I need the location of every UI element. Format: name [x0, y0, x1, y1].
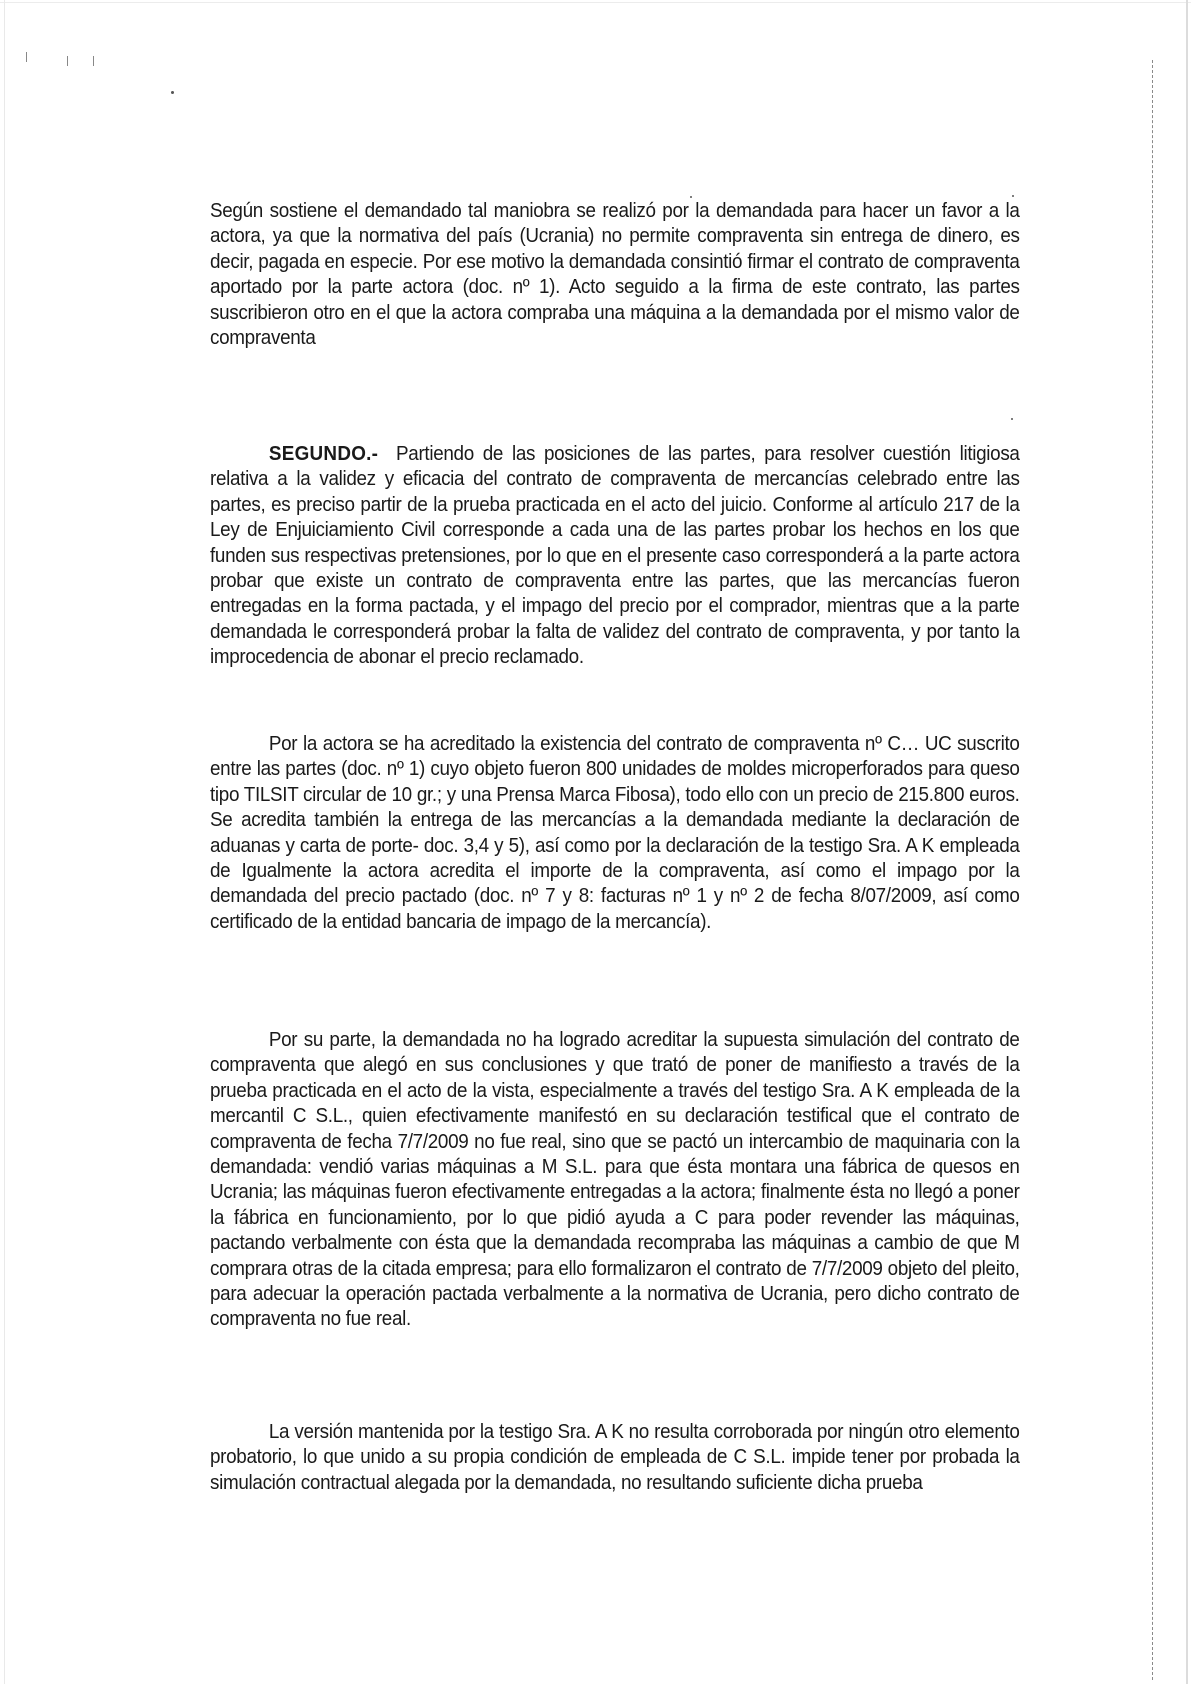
scan-speck: [1011, 418, 1013, 420]
paragraph-text: Por su parte, la demandada no ha logrado…: [210, 1028, 1020, 1330]
paragraph-text: Por la actora se ha acreditado la existe…: [210, 732, 1020, 933]
page-top-edge: [0, 2, 1191, 3]
paragraph-5: La versión mantenida por la testigo Sra.…: [210, 1419, 1020, 1495]
margin-dashed-rule: [1152, 60, 1153, 1680]
paragraph-text: Según sostiene el demandado tal maniobra…: [210, 198, 1020, 350]
scan-speck: [171, 91, 174, 94]
section-heading: SEGUNDO.-: [269, 442, 378, 465]
paragraph-4: Por su parte, la demandada no ha logrado…: [210, 1027, 1020, 1332]
paragraph-text: La versión mantenida por la testigo Sra.…: [210, 1420, 1020, 1494]
scan-mark: [26, 52, 27, 62]
scan-speck: [1012, 195, 1014, 197]
page-right-edge: [1186, 0, 1188, 1684]
paragraph-segundo: SEGUNDO.- Partiendo de las posiciones de…: [210, 441, 1020, 670]
paragraph-3: Por la actora se ha acreditado la existe…: [210, 731, 1020, 934]
scan-mark: [67, 56, 68, 66]
scanned-document-page: Según sostiene el demandado tal maniobra…: [0, 0, 1191, 1684]
paragraph-1: Según sostiene el demandado tal maniobra…: [210, 198, 1020, 350]
page-left-edge: [4, 0, 5, 1684]
scan-mark: [93, 56, 94, 66]
paragraph-text: Partiendo de las posiciones de las parte…: [210, 442, 1020, 668]
